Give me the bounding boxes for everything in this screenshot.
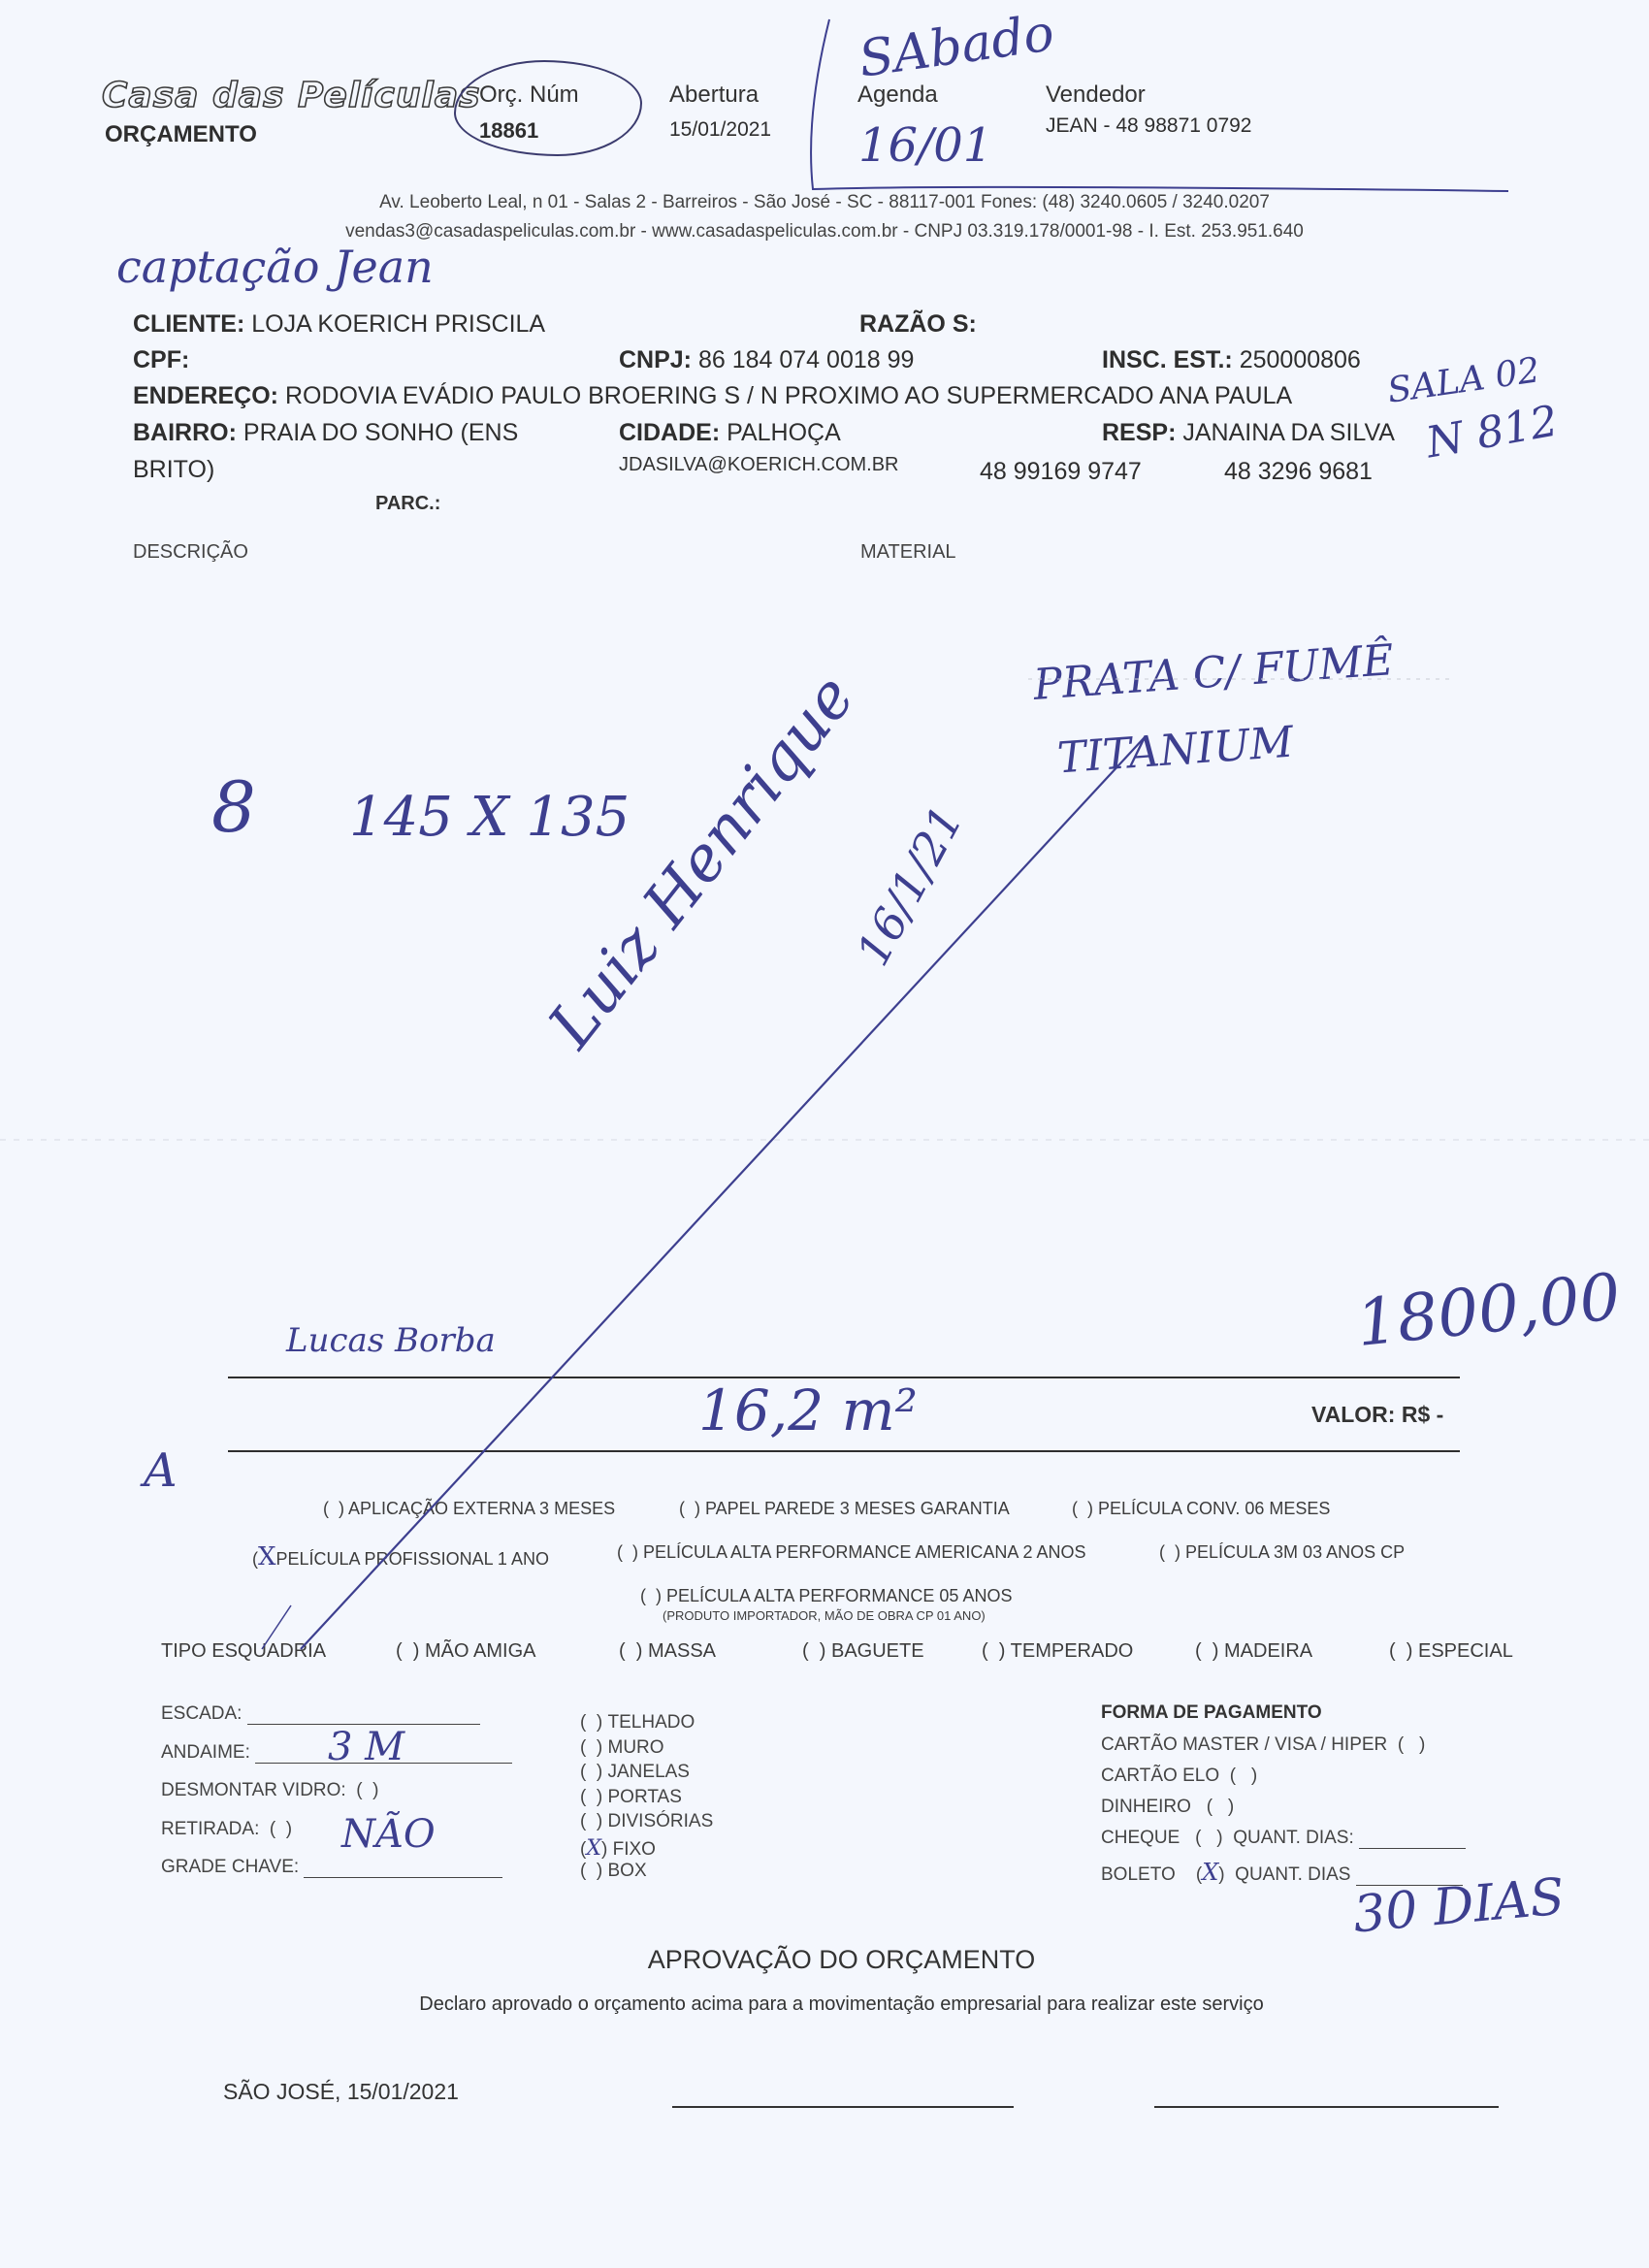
esquadria-option[interactable]: ( ) TEMPERADO bbox=[982, 1640, 1133, 1663]
vendedor-value: JEAN - 48 98871 0792 bbox=[1046, 114, 1251, 138]
warranty-option[interactable]: ( ) PELÍCULA 3M 03 ANOS CP bbox=[1159, 1542, 1405, 1563]
cliente-value: LOJA KOERICH PRISCILA bbox=[251, 310, 545, 338]
location-option[interactable]: ( ) BOX bbox=[580, 1861, 647, 1882]
cheque-days-input[interactable] bbox=[1359, 1848, 1466, 1849]
client-email: JDASILVA@KOERICH.COM.BR bbox=[619, 454, 899, 476]
cpf-field: CPF: bbox=[133, 346, 189, 374]
location-option[interactable]: ( ) PORTAS bbox=[580, 1787, 682, 1808]
location-label: TELHADO bbox=[608, 1712, 695, 1733]
warranty-option-checked[interactable]: (XPELÍCULA PROFISSIONAL 1 ANO bbox=[252, 1542, 549, 1571]
material-label: MATERIAL bbox=[860, 541, 956, 564]
esquadria-label: TIPO ESQUADRIA bbox=[161, 1640, 326, 1663]
bairro-value-cont: BRITO) bbox=[133, 456, 214, 484]
endereco-value: RODOVIA EVÁDIO PAULO BROERING S / N PROX… bbox=[285, 382, 1292, 409]
resp-field: RESP: JANAINA DA SILVA bbox=[1102, 419, 1395, 447]
valor-label: VALOR: R$ - bbox=[1311, 1402, 1443, 1428]
checkbox-checked[interactable]: (X) bbox=[580, 1839, 613, 1860]
escada-field: ESCADA: bbox=[161, 1703, 480, 1725]
company-logo: Casa das Películas bbox=[102, 76, 481, 115]
value-rule-bottom bbox=[228, 1450, 1460, 1452]
order-number: 18861 bbox=[479, 118, 538, 144]
client-phone-2: 48 3296 9681 bbox=[1224, 458, 1373, 486]
numero-handwritten: N 812 bbox=[1423, 397, 1562, 469]
material-handwritten-1: PRATA C/ FUMÊ bbox=[1032, 635, 1396, 710]
vendedor-label: Vendedor bbox=[1046, 81, 1146, 109]
warranty-option[interactable]: ( ) PELÍCULA CONV. 06 MESES bbox=[1072, 1499, 1330, 1519]
location-option[interactable]: ( ) TELHADO bbox=[580, 1712, 695, 1733]
location-option[interactable]: ( ) DIVISÓRIAS bbox=[580, 1811, 713, 1832]
location-label: BOX bbox=[608, 1861, 647, 1881]
initial-handwritten: A bbox=[144, 1443, 178, 1498]
payment-cartao-elo[interactable]: CARTÃO ELO ( ) bbox=[1101, 1766, 1257, 1787]
warranty-option[interactable]: ( ) PELÍCULA ALTA PERFORMANCE 05 ANOS bbox=[640, 1586, 1012, 1606]
approval-place-date: SÃO JOSÉ, 15/01/2021 bbox=[223, 2079, 459, 2105]
area-handwritten: 16,2 m² bbox=[698, 1377, 918, 1443]
bairro-field: BAIRRO: PRAIA DO SONHO (ENS bbox=[133, 419, 518, 447]
location-option[interactable]: (X) FIXO bbox=[580, 1836, 656, 1861]
payment-cartao-master[interactable]: CARTÃO MASTER / VISA / HIPER ( ) bbox=[1101, 1734, 1425, 1756]
location-option[interactable]: ( ) JANELAS bbox=[580, 1762, 690, 1783]
company-address: Av. Leoberto Leal, n 01 - Salas 2 - Barr… bbox=[0, 192, 1649, 213]
location-label: DIVISÓRIAS bbox=[608, 1811, 714, 1831]
andaime-handwritten: 3 M bbox=[328, 1725, 404, 1769]
grade-chave-field: GRADE CHAVE: bbox=[161, 1857, 502, 1878]
warranty-option-note: (PRODUTO IMPORTADOR, MÃO DE OBRA CP 01 A… bbox=[663, 1608, 986, 1623]
retirada-field[interactable]: RETIRADA: ( ) bbox=[161, 1819, 292, 1840]
agenda-handwritten-day: SAbado bbox=[856, 4, 1057, 89]
checkbox[interactable]: ( ) bbox=[580, 1811, 608, 1831]
client-phone-1: 48 99169 9747 bbox=[980, 458, 1142, 486]
razao-field: RAZÃO S: bbox=[859, 310, 977, 339]
cidade-value: PALHOÇA bbox=[727, 419, 841, 446]
resp-value: JANAINA DA SILVA bbox=[1182, 419, 1395, 446]
checkbox[interactable]: ( ) bbox=[580, 1712, 608, 1733]
esquadria-option[interactable]: ( ) BAGUETE bbox=[802, 1640, 924, 1663]
signature-date: 16/1/21 bbox=[846, 797, 973, 974]
location-label: MURO bbox=[608, 1737, 664, 1758]
parc-label: PARC.: bbox=[375, 493, 440, 515]
location-option[interactable]: ( ) MURO bbox=[580, 1737, 664, 1759]
signature-line-vendor[interactable] bbox=[672, 2106, 1014, 2108]
approval-title: APROVAÇÃO DO ORÇAMENTO bbox=[0, 1945, 1649, 1975]
desmontar-field[interactable]: DESMONTAR VIDRO: ( ) bbox=[161, 1780, 379, 1801]
material-handwritten-2: TITANIUM bbox=[1056, 718, 1295, 784]
signature-line-client[interactable] bbox=[1154, 2106, 1499, 2108]
abertura-label: Abertura bbox=[669, 81, 759, 109]
descricao-label: DESCRIÇÃO bbox=[133, 541, 248, 564]
location-label: PORTAS bbox=[608, 1787, 682, 1807]
signature: Luiz Henrique bbox=[535, 663, 869, 1061]
payment-cheque[interactable]: CHEQUE ( ) QUANT. DIAS: bbox=[1101, 1828, 1466, 1849]
warranty-option[interactable]: ( ) APLICAÇÃO EXTERNA 3 MESES bbox=[323, 1499, 615, 1519]
checkbox[interactable]: ( ) bbox=[580, 1737, 608, 1758]
company-contact: vendas3@casadaspeliculas.com.br - www.ca… bbox=[0, 221, 1649, 243]
esquadria-option[interactable]: ( ) MASSA bbox=[619, 1640, 716, 1663]
esquadria-option[interactable]: ( ) MADEIRA bbox=[1195, 1640, 1312, 1663]
cliente-field: CLIENTE: LOJA KOERICH PRISCILA bbox=[133, 310, 545, 339]
cnpj-field: CNPJ: 86 184 074 0018 99 bbox=[619, 346, 914, 374]
warranty-option[interactable]: ( ) PELÍCULA ALTA PERFORMANCE AMERICANA … bbox=[617, 1542, 1085, 1563]
esquadria-option[interactable]: ( ) MÃO AMIGA bbox=[396, 1640, 535, 1663]
cidade-field: CIDADE: PALHOÇA bbox=[619, 419, 841, 447]
checkbox[interactable]: ( ) bbox=[580, 1861, 608, 1881]
cnpj-value: 86 184 074 0018 99 bbox=[698, 346, 914, 373]
document-type: ORÇAMENTO bbox=[105, 121, 257, 148]
checkbox[interactable]: ( ) bbox=[580, 1787, 608, 1807]
approval-statement: Declaro aprovado o orçamento acima para … bbox=[0, 1993, 1649, 2016]
warranty-option[interactable]: ( ) PAPEL PAREDE 3 MESES GARANTIA bbox=[679, 1499, 1010, 1519]
insc-est-value: 250000806 bbox=[1240, 346, 1361, 373]
esquadria-option[interactable]: ( ) ESPECIAL bbox=[1389, 1640, 1513, 1663]
abertura-date: 15/01/2021 bbox=[669, 118, 771, 142]
payment-title: FORMA DE PAGAMENTO bbox=[1101, 1702, 1322, 1724]
dimensions-handwritten: 145 X 135 bbox=[349, 786, 630, 849]
location-label: FIXO bbox=[613, 1839, 656, 1860]
payment-dinheiro[interactable]: DINHEIRO ( ) bbox=[1101, 1797, 1234, 1818]
bairro-value: PRAIA DO SONHO (ENS bbox=[243, 419, 518, 446]
endereco-field: ENDEREÇO: RODOVIA EVÁDIO PAULO BROERING … bbox=[133, 382, 1292, 410]
total-value-handwritten: 1800,00 bbox=[1353, 1259, 1624, 1361]
grade-chave-input[interactable] bbox=[304, 1877, 502, 1878]
order-number-label: Orç. Núm bbox=[479, 81, 579, 109]
quantity-handwritten: 8 bbox=[211, 766, 256, 848]
agenda-handwritten-date: 16/01 bbox=[858, 118, 992, 173]
checkbox[interactable]: ( ) bbox=[580, 1762, 608, 1782]
note-handwritten: Lucas Borba bbox=[286, 1321, 496, 1360]
location-label: JANELAS bbox=[608, 1762, 690, 1782]
handwritten-note-top: captação Jean bbox=[116, 241, 434, 293]
retirada-handwritten: NÃO bbox=[341, 1812, 436, 1857]
insc-est-field: INSC. EST.: 250000806 bbox=[1102, 346, 1361, 374]
